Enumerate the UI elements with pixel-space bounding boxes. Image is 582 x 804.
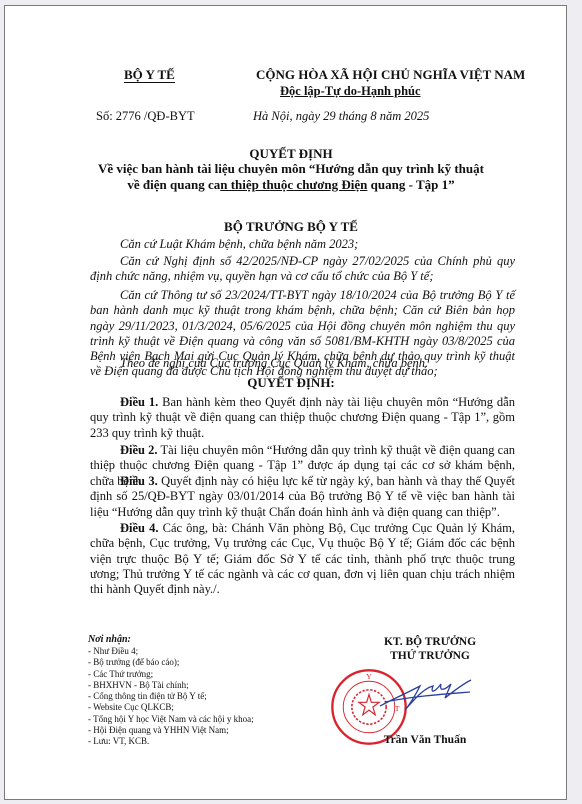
recipient-item: - Bộ trưởng (để báo cáo); bbox=[88, 657, 254, 668]
article-3: Điều 3. Quyết định này có hiệu lực kể từ… bbox=[90, 474, 515, 520]
signer-name: Trần Văn Thuấn bbox=[355, 734, 495, 746]
svg-text:Y: Y bbox=[366, 672, 372, 681]
document-subject-line2: về điện quang can thiệp thuộc chương Điệ… bbox=[0, 177, 582, 193]
legal-basis-1: Căn cứ Luật Khám bệnh, chữa bệnh năm 202… bbox=[90, 237, 515, 252]
recipient-item: - BHXHVN - Bộ Tài chính; bbox=[88, 680, 254, 691]
article-1: Điều 1. Ban hành kèm theo Quyết định này… bbox=[90, 395, 515, 441]
article-4: Điều 4. Các ông, bà: Chánh Văn phòng Bộ,… bbox=[90, 521, 515, 597]
document-number: Số: 2776 /QĐ-BYT bbox=[96, 109, 195, 124]
signature-title-2: THỨ TRƯỞNG bbox=[360, 650, 500, 662]
recipient-item: - Như Điều 4; bbox=[88, 646, 254, 657]
place-and-date: Hà Nội, ngày 29 tháng 8 năm 2025 bbox=[253, 109, 429, 124]
signature-title-1: KT. BỘ TRƯỞNG bbox=[360, 636, 500, 648]
recipient-item: - Lưu: VT, KCB. bbox=[88, 736, 254, 747]
recipients-list: Nơi nhận: - Như Điều 4; - Bộ trưởng (để … bbox=[88, 634, 254, 748]
recipient-item: - Website Cục QLKCB; bbox=[88, 702, 254, 713]
legal-basis-4: Theo đề nghị của Cục trưởng Cục Quản lý … bbox=[90, 356, 515, 371]
recipient-item: - Cổng thông tin điện tử Bộ Y tế; bbox=[88, 691, 254, 702]
legal-basis-2: Căn cứ Nghị định số 42/2025/NĐ-CP ngày 2… bbox=[90, 254, 515, 285]
issuing-ministry: BỘ Y TẾ bbox=[124, 67, 175, 83]
country-name: CỘNG HÒA XÃ HỘI CHỦ NGHĨA VIỆT NAM bbox=[256, 67, 525, 83]
recipient-item: - Hội Điện quang và YHHN Việt Nam; bbox=[88, 725, 254, 736]
recipient-item: - Tổng hội Y học Việt Nam và các hội y k… bbox=[88, 714, 254, 725]
document-type: QUYẾT ĐỊNH bbox=[0, 146, 582, 162]
decision-heading: QUYẾT ĐỊNH: bbox=[0, 375, 582, 391]
recipients-heading: Nơi nhận: bbox=[88, 634, 254, 646]
recipient-item: - Các Thứ trưởng; bbox=[88, 669, 254, 680]
handwritten-signature-icon bbox=[375, 676, 475, 716]
issuing-authority: BỘ TRƯỞNG BỘ Y TẾ bbox=[0, 219, 582, 235]
document-subject-line1: Về việc ban hành tài liệu chuyên môn “Hư… bbox=[0, 161, 582, 177]
